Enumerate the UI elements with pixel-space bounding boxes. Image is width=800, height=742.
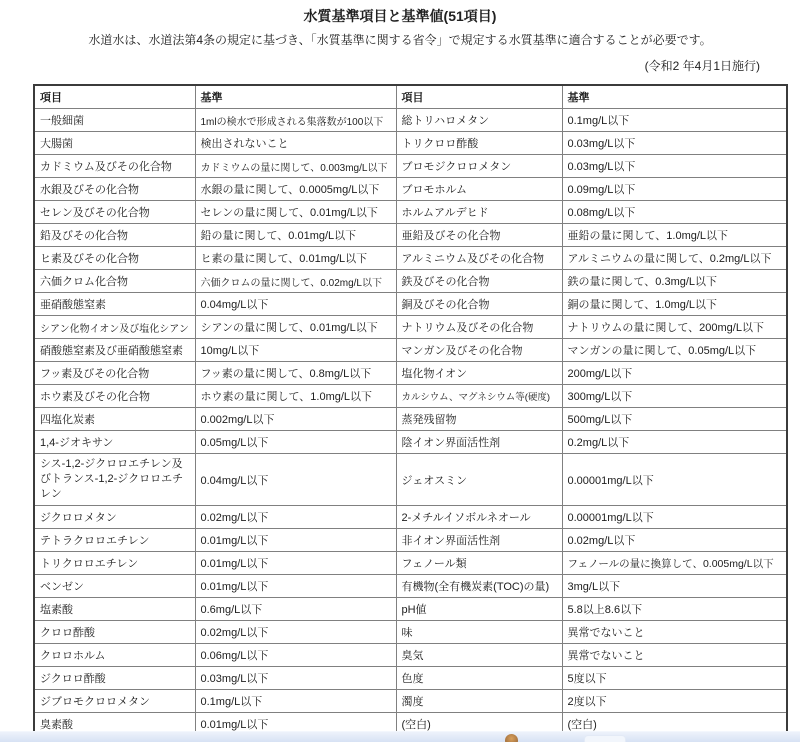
item-cell: ジブロモクロロメタン xyxy=(34,690,195,713)
item-cell: 色度 xyxy=(396,667,562,690)
table-row: ジクロロメタン0.02mg/L以下2-メチルイソボルネオール0.00001mg/… xyxy=(34,506,787,529)
table-row: クロロ酢酸0.02mg/L以下味異常でないこと xyxy=(34,621,787,644)
standard-cell: 0.02mg/L以下 xyxy=(562,529,787,552)
standard-cell: 0.1mg/L以下 xyxy=(195,690,396,713)
item-cell: カドミウム及びその化合物 xyxy=(34,155,195,178)
document-page: 水質基準項目と基準値(51項目) 水道水は、水道法第4条の規定に基づき、「水質基… xyxy=(0,8,800,737)
standard-cell: 0.03mg/L以下 xyxy=(562,155,787,178)
item-cell: 銅及びその化合物 xyxy=(396,293,562,316)
standard-cell: 鉄の量に関して、0.3mg/L以下 xyxy=(562,270,787,293)
taskbar[interactable] xyxy=(0,731,800,742)
item-cell: 鉛及びその化合物 xyxy=(34,224,195,247)
standard-cell: 0.002mg/L以下 xyxy=(195,408,396,431)
item-cell: ベンゼン xyxy=(34,575,195,598)
table-row: 一般細菌1mlの検水で形成される集落数が100以下総トリハロメタン0.1mg/L… xyxy=(34,109,787,132)
standard-cell: 0.00001mg/L以下 xyxy=(562,506,787,529)
item-cell: 水銀及びその化合物 xyxy=(34,178,195,201)
item-cell: シス-1,2-ジクロロエチレン及びトランス-1,2-ジクロロエチレン xyxy=(34,454,195,506)
item-cell: セレン及びその化合物 xyxy=(34,201,195,224)
table-row: シス-1,2-ジクロロエチレン及びトランス-1,2-ジクロロエチレン0.04mg… xyxy=(34,454,787,506)
item-cell: ブロモジクロロメタン xyxy=(396,155,562,178)
standard-cell: 0.02mg/L以下 xyxy=(195,506,396,529)
water-quality-standards-table: 項目 基準 項目 基準 一般細菌1mlの検水で形成される集落数が100以下総トリ… xyxy=(33,84,788,737)
table-row: テトラクロロエチレン0.01mg/L以下非イオン界面活性剤0.02mg/L以下 xyxy=(34,529,787,552)
standard-cell: 200mg/L以下 xyxy=(562,362,787,385)
taskbar-widget-pill[interactable] xyxy=(584,735,626,742)
item-cell: 六価クロム化合物 xyxy=(34,270,195,293)
standard-cell: 亜鉛の量に関して、1.0mg/L以下 xyxy=(562,224,787,247)
table-row: フッ素及びその化合物フッ素の量に関して、0.8mg/L以下塩化物イオン200mg… xyxy=(34,362,787,385)
item-cell: アルミニウム及びその化合物 xyxy=(396,247,562,270)
item-cell: ジェオスミン xyxy=(396,454,562,506)
item-cell: 非イオン界面活性剤 xyxy=(396,529,562,552)
table-row: カドミウム及びその化合物カドミウムの量に関して、0.003mg/L以下ブロモジク… xyxy=(34,155,787,178)
standard-cell: ホウ素の量に関して、1.0mg/L以下 xyxy=(195,385,396,408)
standard-cell: アルミニウムの量に関して、0.2mg/L以下 xyxy=(562,247,787,270)
standard-cell: 0.02mg/L以下 xyxy=(195,621,396,644)
item-cell: トリクロロエチレン xyxy=(34,552,195,575)
standard-cell: 0.04mg/L以下 xyxy=(195,293,396,316)
table-row: セレン及びその化合物セレンの量に関して、0.01mg/L以下ホルムアルデヒド0.… xyxy=(34,201,787,224)
item-cell: クロロホルム xyxy=(34,644,195,667)
item-cell: pH値 xyxy=(396,598,562,621)
table-row: ジクロロ酢酸0.03mg/L以下色度5度以下 xyxy=(34,667,787,690)
table-row: トリクロロエチレン0.01mg/L以下フェノール類フェノールの量に換算して、0.… xyxy=(34,552,787,575)
item-cell: シアン化物イオン及び塩化シアン xyxy=(34,316,195,339)
table-header-row: 項目 基準 項目 基準 xyxy=(34,85,787,109)
standard-cell: シアンの量に関して、0.01mg/L以下 xyxy=(195,316,396,339)
item-cell: ジクロロメタン xyxy=(34,506,195,529)
item-cell: 硝酸態窒素及び亜硝酸態窒素 xyxy=(34,339,195,362)
standard-cell: 0.6mg/L以下 xyxy=(195,598,396,621)
standard-cell: セレンの量に関して、0.01mg/L以下 xyxy=(195,201,396,224)
standard-cell: カドミウムの量に関して、0.003mg/L以下 xyxy=(195,155,396,178)
effective-date: (令和2 年4月1日施行) xyxy=(0,58,760,74)
page-title: 水質基準項目と基準値(51項目) xyxy=(0,8,800,24)
table-row: ベンゼン0.01mg/L以下有機物(全有機炭素(TOC)の量)3mg/L以下 xyxy=(34,575,787,598)
item-cell: マンガン及びその化合物 xyxy=(396,339,562,362)
standard-cell: 0.00001mg/L以下 xyxy=(562,454,787,506)
item-cell: 1,4-ジオキサン xyxy=(34,431,195,454)
table-row: 塩素酸0.6mg/L以下pH値5.8以上8.6以下 xyxy=(34,598,787,621)
standard-cell: マンガンの量に関して、0.05mg/L以下 xyxy=(562,339,787,362)
item-cell: ブロモホルム xyxy=(396,178,562,201)
item-cell: 塩素酸 xyxy=(34,598,195,621)
item-cell: 大腸菌 xyxy=(34,132,195,155)
item-cell: カルシウム、マグネシウム等(硬度) xyxy=(396,385,562,408)
table-row: 四塩化炭素0.002mg/L以下蒸発残留物500mg/L以下 xyxy=(34,408,787,431)
standard-cell: 0.08mg/L以下 xyxy=(562,201,787,224)
standard-cell: 水銀の量に関して、0.0005mg/L以下 xyxy=(195,178,396,201)
table-row: ヒ素及びその化合物ヒ素の量に関して、0.01mg/L以下アルミニウム及びその化合… xyxy=(34,247,787,270)
item-cell: 一般細菌 xyxy=(34,109,195,132)
item-cell: 蒸発残留物 xyxy=(396,408,562,431)
table-row: 大腸菌検出されないことトリクロロ酢酸0.03mg/L以下 xyxy=(34,132,787,155)
item-cell: 総トリハロメタン xyxy=(396,109,562,132)
table-body: 一般細菌1mlの検水で形成される集落数が100以下総トリハロメタン0.1mg/L… xyxy=(34,109,787,737)
item-cell: 四塩化炭素 xyxy=(34,408,195,431)
column-header-standard-right: 基準 xyxy=(562,85,787,109)
standard-cell: 0.09mg/L以下 xyxy=(562,178,787,201)
item-cell: 有機物(全有機炭素(TOC)の量) xyxy=(396,575,562,598)
item-cell: テトラクロロエチレン xyxy=(34,529,195,552)
item-cell: 亜鉛及びその化合物 xyxy=(396,224,562,247)
table-row: 鉛及びその化合物鉛の量に関して、0.01mg/L以下亜鉛及びその化合物亜鉛の量に… xyxy=(34,224,787,247)
standard-cell: 六価クロムの量に関して、0.02mg/L以下 xyxy=(195,270,396,293)
item-cell: 鉄及びその化合物 xyxy=(396,270,562,293)
item-cell: ジクロロ酢酸 xyxy=(34,667,195,690)
standard-cell: 0.03mg/L以下 xyxy=(195,667,396,690)
item-cell: ヒ素及びその化合物 xyxy=(34,247,195,270)
standard-cell: フェノールの量に換算して、0.005mg/L以下 xyxy=(562,552,787,575)
item-cell: 臭気 xyxy=(396,644,562,667)
table-row: クロロホルム0.06mg/L以下臭気異常でないこと xyxy=(34,644,787,667)
item-cell: ホルムアルデヒド xyxy=(396,201,562,224)
standard-cell: 銅の量に関して、1.0mg/L以下 xyxy=(562,293,787,316)
standard-cell: ナトリウムの量に関して、200mg/L以下 xyxy=(562,316,787,339)
standard-cell: 異常でないこと xyxy=(562,621,787,644)
standard-cell: 0.04mg/L以下 xyxy=(195,454,396,506)
table-row: シアン化物イオン及び塩化シアンシアンの量に関して、0.01mg/L以下ナトリウム… xyxy=(34,316,787,339)
standard-cell: 0.06mg/L以下 xyxy=(195,644,396,667)
standard-cell: 500mg/L以下 xyxy=(562,408,787,431)
table-row: ジブロモクロロメタン0.1mg/L以下濁度2度以下 xyxy=(34,690,787,713)
item-cell: フェノール類 xyxy=(396,552,562,575)
item-cell: 濁度 xyxy=(396,690,562,713)
page-subtitle: 水道水は、水道法第4条の規定に基づき、「水質基準に関する省令」で規定する水質基準… xyxy=(0,32,800,48)
standard-cell: 3mg/L以下 xyxy=(562,575,787,598)
table-row: 1,4-ジオキサン0.05mg/L以下陰イオン界面活性剤0.2mg/L以下 xyxy=(34,431,787,454)
standard-cell: 10mg/L以下 xyxy=(195,339,396,362)
item-cell: フッ素及びその化合物 xyxy=(34,362,195,385)
item-cell: 亜硝酸態窒素 xyxy=(34,293,195,316)
standard-cell: 異常でないこと xyxy=(562,644,787,667)
standard-cell: 0.01mg/L以下 xyxy=(195,529,396,552)
standard-cell: 0.01mg/L以下 xyxy=(195,575,396,598)
table-row: 亜硝酸態窒素0.04mg/L以下銅及びその化合物銅の量に関して、1.0mg/L以… xyxy=(34,293,787,316)
standard-cell: 0.2mg/L以下 xyxy=(562,431,787,454)
item-cell: ナトリウム及びその化合物 xyxy=(396,316,562,339)
taskbar-app-icon[interactable] xyxy=(505,734,518,742)
table-row: 水銀及びその化合物水銀の量に関して、0.0005mg/L以下ブロモホルム0.09… xyxy=(34,178,787,201)
item-cell: 味 xyxy=(396,621,562,644)
item-cell: 塩化物イオン xyxy=(396,362,562,385)
standard-cell: 鉛の量に関して、0.01mg/L以下 xyxy=(195,224,396,247)
table-row: 六価クロム化合物六価クロムの量に関して、0.02mg/L以下鉄及びその化合物鉄の… xyxy=(34,270,787,293)
standard-cell: 0.1mg/L以下 xyxy=(562,109,787,132)
standard-cell: 5度以下 xyxy=(562,667,787,690)
standard-cell: 300mg/L以下 xyxy=(562,385,787,408)
table-row: 硝酸態窒素及び亜硝酸態窒素10mg/L以下マンガン及びその化合物マンガンの量に関… xyxy=(34,339,787,362)
standard-cell: 0.05mg/L以下 xyxy=(195,431,396,454)
standard-cell: 0.03mg/L以下 xyxy=(562,132,787,155)
table-row: ホウ素及びその化合物ホウ素の量に関して、1.0mg/L以下カルシウム、マグネシウ… xyxy=(34,385,787,408)
column-header-item-left: 項目 xyxy=(34,85,195,109)
standard-cell: フッ素の量に関して、0.8mg/L以下 xyxy=(195,362,396,385)
column-header-standard-left: 基準 xyxy=(195,85,396,109)
item-cell: クロロ酢酸 xyxy=(34,621,195,644)
item-cell: 陰イオン界面活性剤 xyxy=(396,431,562,454)
standard-cell: 検出されないこと xyxy=(195,132,396,155)
standard-cell: 5.8以上8.6以下 xyxy=(562,598,787,621)
column-header-item-right: 項目 xyxy=(396,85,562,109)
item-cell: ホウ素及びその化合物 xyxy=(34,385,195,408)
item-cell: トリクロロ酢酸 xyxy=(396,132,562,155)
standard-cell: ヒ素の量に関して、0.01mg/L以下 xyxy=(195,247,396,270)
standard-cell: 2度以下 xyxy=(562,690,787,713)
standard-cell: 1mlの検水で形成される集落数が100以下 xyxy=(195,109,396,132)
item-cell: 2-メチルイソボルネオール xyxy=(396,506,562,529)
standard-cell: 0.01mg/L以下 xyxy=(195,552,396,575)
